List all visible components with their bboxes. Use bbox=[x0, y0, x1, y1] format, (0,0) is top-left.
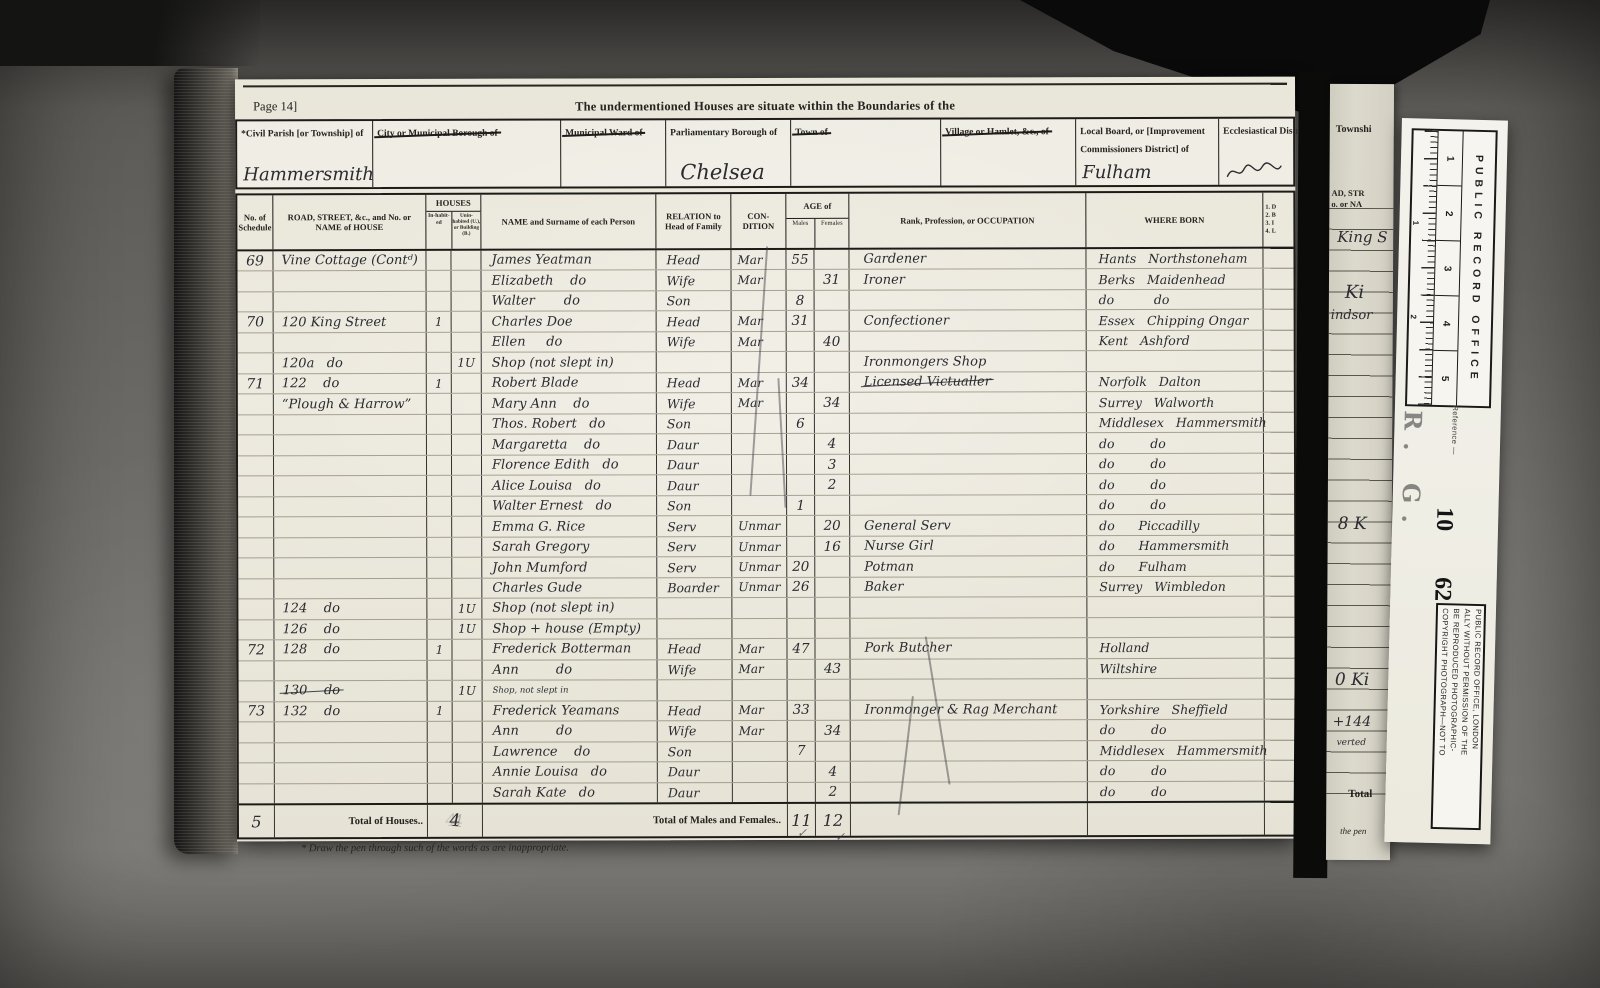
cell-sched bbox=[238, 559, 274, 579]
cell-sched bbox=[238, 436, 274, 456]
parish-label: Town of bbox=[795, 128, 828, 139]
cell-age_m bbox=[787, 434, 815, 454]
cell-text: do Piccadilly bbox=[1099, 517, 1199, 532]
cell-relation: Daur bbox=[657, 475, 732, 495]
cell-born bbox=[1088, 679, 1265, 699]
cell-sched bbox=[238, 292, 274, 312]
cell-uninh bbox=[453, 722, 483, 742]
cell-uninh bbox=[452, 558, 482, 578]
cell-born: do do bbox=[1088, 720, 1265, 740]
cell-relation: Son bbox=[658, 742, 733, 762]
cell-uninh bbox=[452, 435, 482, 455]
ruler-cm-cell: 5 bbox=[1432, 351, 1457, 406]
cell-text: 1 bbox=[436, 704, 444, 718]
cell-inh bbox=[427, 517, 452, 537]
cell-text: 120a do bbox=[282, 356, 343, 371]
cell-text: Emma G. Rice bbox=[492, 519, 585, 534]
cell-uninh: 1U bbox=[453, 681, 483, 701]
cell-road bbox=[275, 722, 428, 742]
cell-road: 124 do bbox=[274, 599, 427, 619]
cell-text: Daur bbox=[667, 437, 699, 452]
table-row: Ann doWifeMar43Wiltshire bbox=[239, 658, 1295, 681]
cell-age_f bbox=[815, 598, 850, 618]
cell-road: 128 do bbox=[274, 640, 427, 660]
cell-inh: 1 bbox=[428, 701, 453, 721]
header-age-label: AGE of bbox=[786, 194, 848, 219]
cell-cond: Mar bbox=[732, 373, 787, 393]
cell-text: Sarah Gregory bbox=[492, 539, 589, 554]
cell-occ: Ironer bbox=[850, 270, 1087, 290]
cell-uninh bbox=[451, 251, 481, 271]
cell-born: do do bbox=[1087, 433, 1264, 453]
cell-inh bbox=[427, 538, 452, 558]
ruler-cm-number: 3 bbox=[1442, 265, 1453, 271]
cell-cond bbox=[732, 496, 787, 516]
cell-text: Head bbox=[667, 375, 701, 390]
ruler-cm-number: 4 bbox=[1440, 320, 1451, 326]
parish-value: Chelsea bbox=[680, 160, 765, 184]
cell-road: 130 do bbox=[275, 681, 428, 701]
cell-age_m: 20 bbox=[787, 557, 815, 577]
header-relation-label: RELATION to Head of Family bbox=[658, 211, 728, 231]
cell-name: Walter Ernest do bbox=[482, 496, 657, 516]
parish-label: Parliamentary Borough of bbox=[670, 128, 777, 138]
cell-text: Norfolk Dalton bbox=[1099, 374, 1201, 389]
cell-text: Shop (not slept in) bbox=[492, 355, 614, 370]
cell-name: Walter do bbox=[482, 291, 657, 311]
ruler-cm-number: 2 bbox=[1443, 210, 1454, 216]
cell-sched: 70 bbox=[238, 313, 274, 333]
cell-text: Alice Louisa do bbox=[492, 478, 601, 493]
cell-born: Holland bbox=[1087, 638, 1264, 658]
screenshot-stage: Page 14] The undermentioned Houses are s… bbox=[0, 0, 1600, 988]
cell-relation: Head bbox=[656, 250, 731, 270]
cell-sched bbox=[239, 743, 275, 763]
cell-inf bbox=[1265, 740, 1295, 760]
cell-name: Robert Blade bbox=[482, 373, 657, 393]
cell-uninh bbox=[452, 578, 482, 598]
cell-relation: Boarder bbox=[657, 578, 732, 598]
cell-occ: Baker bbox=[850, 577, 1087, 597]
cell-text: Ellen do bbox=[492, 335, 563, 350]
cell-age_m: 55 bbox=[786, 250, 814, 270]
cell-uninh: 1U bbox=[452, 619, 482, 639]
cell-text: Frederick Botterman bbox=[492, 642, 631, 657]
table-row: 71122 do1Robert BladeHeadMar34Licensed V… bbox=[238, 372, 1294, 395]
total-houses-label: Total of Houses.. bbox=[275, 805, 428, 837]
cell-sched bbox=[238, 497, 274, 517]
cell-occ bbox=[850, 393, 1087, 413]
cell-inh bbox=[427, 599, 452, 619]
cell-road bbox=[274, 435, 427, 455]
adjacent-page-fragment: 0 Ki bbox=[1335, 670, 1369, 690]
header-occupation-label: Rank, Profession, or OCCUPATION bbox=[900, 215, 1034, 225]
cell-text: do do bbox=[1099, 436, 1166, 451]
cell-text: Kent Ashford bbox=[1099, 333, 1190, 348]
header-schedule: No. of Schedule bbox=[237, 195, 273, 249]
cell-uninh bbox=[452, 456, 482, 476]
cell-age_f: 4 bbox=[815, 434, 850, 454]
cell-age_m: 7 bbox=[788, 741, 816, 761]
cell-uninh: 1U bbox=[452, 599, 482, 619]
cell-uninh bbox=[452, 312, 482, 332]
cell-relation: Wife bbox=[658, 660, 733, 680]
cell-occ bbox=[851, 741, 1088, 761]
cell-text: 1 bbox=[435, 376, 443, 390]
cell-born: Wiltshire bbox=[1088, 658, 1265, 678]
cell-text: Head bbox=[668, 703, 702, 718]
cell-relation: Daur bbox=[658, 783, 733, 803]
check-mark: ✓ bbox=[835, 830, 845, 844]
cell-text: Shop, not slept in bbox=[493, 685, 569, 695]
infirmity-line: 4. L bbox=[1265, 228, 1276, 236]
cell-text: Essex Chipping Ongar bbox=[1099, 312, 1249, 327]
header-age-sub: Males Females bbox=[786, 219, 848, 248]
cell-inh bbox=[427, 456, 452, 476]
table-row: 130 do1UShop, not slept in bbox=[239, 679, 1295, 702]
cell-name: Alice Louisa do bbox=[482, 476, 657, 496]
cell-inf bbox=[1264, 474, 1294, 494]
cell-road bbox=[274, 579, 427, 599]
cell-text: Mar bbox=[739, 662, 764, 676]
cell-text: 33 bbox=[793, 702, 810, 718]
ruler-inch-number: 1 bbox=[1411, 221, 1420, 226]
cell-cond: Mar bbox=[733, 660, 788, 680]
parish-box-0: *Civil Parish [or Township] ofHammersmit… bbox=[237, 121, 373, 187]
cell-age_m: 26 bbox=[787, 578, 815, 598]
cell-text: Ironmonger & Rag Merchant bbox=[865, 702, 1058, 718]
cell-occ: Licensed Victualler bbox=[850, 372, 1087, 392]
cell-age_m bbox=[788, 660, 816, 680]
header-uninhabited-label: Unin-habited (U.), or Building (B.) bbox=[452, 212, 480, 249]
cell-uninh bbox=[452, 517, 482, 537]
cell-born: Middlesex Hammersmith bbox=[1087, 413, 1264, 433]
cell-age_m: 34 bbox=[787, 373, 815, 393]
cell-age_m bbox=[787, 619, 815, 639]
cell-sched bbox=[238, 333, 274, 353]
cell-road bbox=[274, 538, 427, 558]
cell-uninh bbox=[452, 640, 482, 660]
cell-name: Lawrence do bbox=[483, 742, 658, 762]
cell-age_f: 20 bbox=[815, 516, 850, 536]
cell-text: Head bbox=[667, 642, 701, 657]
cell-cond: Unmar bbox=[732, 516, 787, 536]
header-houses-group: HOUSES In-habit-ed Unin-habited (U.), or… bbox=[426, 195, 481, 249]
cell-text: 1 bbox=[436, 643, 444, 657]
cell-sched bbox=[239, 722, 275, 742]
cell-born: Surrey Walworth bbox=[1087, 392, 1264, 412]
ruler-cm-number: 5 bbox=[1439, 375, 1450, 381]
table-row: Elizabeth doWifeMar31IronerBerks Maidenh… bbox=[238, 269, 1294, 292]
cell-text: 20 bbox=[792, 559, 809, 575]
cell-age_m: 8 bbox=[787, 291, 815, 311]
piece-number: 62 bbox=[1428, 577, 1456, 602]
cell-text: Licensed Victualler bbox=[864, 375, 991, 390]
cell-text: 70 bbox=[246, 315, 264, 331]
parish-label: Village or Hamlet, &c., of bbox=[945, 127, 1049, 139]
cell-inf bbox=[1264, 269, 1294, 289]
cell-road bbox=[274, 292, 427, 312]
adjacent-page-fragment: o. or NA bbox=[1331, 199, 1362, 209]
cell-text: do do bbox=[1100, 784, 1167, 799]
cell-inf bbox=[1264, 617, 1294, 637]
cell-text: 2 bbox=[829, 784, 838, 800]
cell-sched bbox=[238, 456, 274, 476]
adjacent-page-fragment: Total bbox=[1348, 788, 1372, 800]
cell-road bbox=[275, 783, 428, 803]
cell-inf bbox=[1264, 515, 1294, 535]
cell-relation: Wife bbox=[658, 721, 733, 741]
cell-age_m bbox=[787, 537, 815, 557]
cell-relation: Serv bbox=[657, 537, 732, 557]
cell-inh bbox=[427, 497, 452, 517]
cell-uninh bbox=[452, 476, 482, 496]
cell-text: Middlesex Hammersmith bbox=[1099, 415, 1267, 430]
cell-text: 8 bbox=[796, 293, 805, 309]
header-houses-sub: In-habit-ed Unin-habited (U.), or Buildi… bbox=[426, 212, 480, 249]
cell-born: Middlesex Hammersmith bbox=[1088, 740, 1265, 760]
cell-age_f bbox=[815, 639, 850, 659]
cell-text: Mar bbox=[737, 253, 762, 267]
parish-box-2: Municipal Ward of bbox=[561, 120, 666, 186]
ruler-cm-number: 1 bbox=[1444, 155, 1455, 161]
cell-text: Son bbox=[668, 744, 692, 759]
cell-relation: Son bbox=[657, 414, 732, 434]
adjacent-page-fragment: Townshi bbox=[1336, 124, 1372, 135]
cell-text: Daur bbox=[668, 765, 700, 780]
cell-cond bbox=[732, 414, 787, 434]
cell-inh bbox=[427, 394, 452, 414]
cell-occ: Gardener bbox=[849, 249, 1086, 269]
cell-text: John Mumford bbox=[492, 560, 587, 575]
cell-name: Elizabeth do bbox=[482, 271, 657, 291]
cell-age_f: 4 bbox=[816, 762, 851, 782]
cell-age_f bbox=[815, 496, 850, 516]
cell-cond: Unmar bbox=[732, 578, 787, 598]
cell-age_m bbox=[788, 721, 816, 741]
cell-text: Walter do bbox=[492, 294, 580, 309]
ruler-cm-cell: 2 bbox=[1436, 186, 1461, 242]
cell-text: Shop (not slept in) bbox=[492, 601, 614, 616]
cell-cond: Mar bbox=[733, 721, 788, 741]
cell-inh bbox=[427, 435, 452, 455]
cell-relation: Daur bbox=[658, 762, 733, 782]
cell-born: do Hammersmith bbox=[1087, 535, 1264, 555]
parish-value: Hammersmith bbox=[243, 164, 373, 185]
cell-text: Serv bbox=[667, 519, 696, 534]
cell-inf bbox=[1264, 351, 1294, 371]
cell-text: Wife bbox=[667, 334, 696, 349]
cell-inf bbox=[1264, 372, 1294, 392]
cell-name: Shop, not slept in bbox=[483, 680, 658, 700]
cell-text: Mar bbox=[738, 335, 763, 349]
cell-age_f bbox=[816, 700, 851, 720]
table-row: Alice Louisa doDaur2do do bbox=[238, 474, 1294, 497]
cell-uninh bbox=[453, 701, 483, 721]
cell-age_m: 47 bbox=[787, 639, 815, 659]
cell-text: Nurse Girl bbox=[864, 539, 933, 554]
table-row: Charles GudeBoarderUnmar26BakerSurrey Wi… bbox=[238, 576, 1294, 599]
cell-inh: 1 bbox=[427, 640, 452, 660]
cell-text: 4 bbox=[829, 764, 838, 780]
cell-text: 47 bbox=[792, 641, 809, 657]
cell-text: Ironmongers Shop bbox=[864, 354, 987, 369]
cell-sched bbox=[238, 415, 274, 435]
cell-born: Essex Chipping Ongar bbox=[1087, 310, 1264, 330]
cell-cond bbox=[733, 762, 788, 782]
cell-age_m: 1 bbox=[787, 496, 815, 516]
cell-sched bbox=[239, 763, 275, 783]
cell-cond bbox=[732, 352, 787, 372]
cell-born bbox=[1087, 597, 1264, 617]
cell-occ bbox=[851, 761, 1088, 781]
cell-cond: Mar bbox=[731, 250, 786, 270]
cell-text: Hants Northstoneham bbox=[1098, 251, 1247, 266]
parish-label: City or Municipal Borough of bbox=[377, 129, 498, 141]
cell-inh bbox=[428, 742, 453, 762]
cell-age_f bbox=[816, 741, 851, 761]
cell-age_m: 31 bbox=[787, 311, 815, 331]
cell-text: Holland bbox=[1099, 640, 1149, 655]
cell-text: 34 bbox=[792, 375, 809, 391]
cell-born: Kent Ashford bbox=[1087, 331, 1264, 351]
cell-occ bbox=[850, 331, 1087, 351]
parish-box-7: Ecclesiastical District of bbox=[1219, 119, 1297, 185]
cell-text: do do bbox=[1099, 477, 1166, 492]
cell-born: Surrey Wimbledon bbox=[1087, 576, 1264, 596]
cell-inh bbox=[428, 722, 453, 742]
cell-road: 120 King Street bbox=[274, 312, 427, 332]
header-age-group: AGE of Males Females bbox=[786, 194, 849, 248]
cell-age_m: 6 bbox=[787, 414, 815, 434]
cell-age_f: 34 bbox=[815, 393, 850, 413]
table-row: Emma G. RiceServUnmar20General Servdo Pi… bbox=[238, 515, 1294, 538]
cell-born bbox=[1087, 617, 1264, 637]
cell-relation: Head bbox=[657, 373, 732, 393]
cell-occ bbox=[850, 474, 1087, 494]
page-title: The undermentioned Houses are situate wi… bbox=[243, 98, 1287, 116]
cell-age_m bbox=[787, 352, 815, 372]
cell-cond: Mar bbox=[732, 639, 787, 659]
cell-inf bbox=[1264, 453, 1294, 473]
cell-inf bbox=[1264, 331, 1294, 351]
cell-born: Norfolk Dalton bbox=[1087, 372, 1264, 392]
cell-text: do Fulham bbox=[1099, 558, 1186, 573]
cell-text: Head bbox=[666, 252, 700, 267]
cell-text: 128 do bbox=[282, 643, 340, 658]
parish-label: Ecclesiastical District of bbox=[1223, 127, 1297, 137]
header-name: NAME and Surname of each Person bbox=[481, 194, 656, 248]
total-empty-occupation bbox=[851, 803, 1088, 836]
cell-relation: Wife bbox=[657, 332, 732, 352]
census-page: Page 14] The undermentioned Houses are s… bbox=[235, 77, 1297, 842]
total-empty-infirmity bbox=[1265, 803, 1295, 835]
cell-born: do do bbox=[1087, 474, 1264, 494]
cell-name: James Yeatman bbox=[481, 250, 656, 270]
cell-sched: 69 bbox=[237, 251, 273, 271]
total-houses-value: 4 bbox=[428, 805, 483, 837]
cell-inh bbox=[427, 271, 452, 291]
cell-uninh bbox=[453, 783, 483, 803]
total-empty-born bbox=[1088, 803, 1265, 835]
cell-age_m bbox=[787, 475, 815, 495]
cell-text: Confectioner bbox=[864, 313, 949, 328]
cell-name: Florence Edith do bbox=[482, 455, 657, 475]
cell-sched: 73 bbox=[239, 702, 275, 722]
cell-name: Ellen do bbox=[482, 332, 657, 352]
cell-road: 122 do bbox=[274, 374, 427, 394]
table-row: 124 do1UShop (not slept in) bbox=[238, 597, 1294, 620]
cell-uninh bbox=[453, 763, 483, 783]
cell-text: 4 bbox=[828, 436, 837, 452]
cell-age_f: 2 bbox=[815, 475, 850, 495]
cell-road bbox=[274, 456, 427, 476]
cell-age_f bbox=[815, 414, 850, 434]
cell-text: do do bbox=[1100, 722, 1167, 737]
cell-text: Wife bbox=[667, 396, 696, 411]
cell-inh bbox=[427, 415, 452, 435]
cell-name: Ann do bbox=[483, 660, 658, 680]
cell-inh bbox=[427, 558, 452, 578]
cell-age_f bbox=[815, 578, 850, 598]
adjacent-page-fragment: verted bbox=[1337, 738, 1366, 748]
cell-road bbox=[275, 743, 428, 763]
cell-age_m bbox=[787, 332, 815, 352]
cell-inh bbox=[426, 251, 451, 271]
cell-text: Mar bbox=[738, 376, 763, 390]
cell-age_m: 33 bbox=[788, 701, 816, 721]
cell-text: Boarder bbox=[667, 580, 719, 595]
cell-road: 132 do bbox=[275, 702, 428, 722]
table-row: Annie Louisa doDaur4do do bbox=[239, 761, 1295, 784]
cell-age_f bbox=[815, 352, 850, 372]
parish-label: Municipal Ward of bbox=[565, 128, 642, 140]
parish-box-3: Parliamentary Borough ofChelsea bbox=[666, 120, 791, 186]
ruler-inch-number: 2 bbox=[1409, 315, 1418, 320]
cell-occ: Potman bbox=[850, 556, 1087, 576]
cell-born: do do bbox=[1087, 290, 1264, 310]
cell-text: 34 bbox=[823, 395, 840, 411]
cell-road: 120a do bbox=[274, 353, 427, 373]
cell-text: 122 do bbox=[282, 376, 340, 391]
adjacent-page-fragment: indsor bbox=[1331, 308, 1373, 323]
table-row: 70120 King Street1Charles DoeHeadMar31Co… bbox=[238, 310, 1294, 333]
cell-text: Vine Cottage (Contᵈ) bbox=[281, 253, 417, 268]
cell-text: 1 bbox=[435, 315, 443, 329]
cell-text: Baker bbox=[864, 580, 903, 595]
cell-occ: Confectioner bbox=[850, 311, 1087, 331]
cell-cond bbox=[732, 434, 787, 454]
cell-text: Mar bbox=[739, 724, 764, 738]
cell-text: Lawrence do bbox=[493, 744, 590, 759]
table-row: Margaretta doDaur4do do bbox=[238, 433, 1294, 456]
cell-cond bbox=[732, 291, 787, 311]
cell-age_f: 16 bbox=[815, 537, 850, 557]
adjacent-page-fragment: 8 K bbox=[1338, 514, 1367, 534]
cell-inf bbox=[1264, 597, 1294, 617]
adjacent-page-fragment: King S bbox=[1337, 228, 1387, 246]
total-males-females-label: Total of Males and Females.. bbox=[483, 804, 788, 837]
cell-inf bbox=[1264, 433, 1294, 453]
parish-box-4: Town of bbox=[791, 120, 941, 186]
copyright-box: COPYRIGHT PHOTOGRAPH—NOT TOBE REPRODUCED… bbox=[1431, 603, 1487, 830]
adjacent-page-edge: TownshiAD, STRo. or NAKing SKiindsor8 K0… bbox=[1326, 84, 1394, 860]
book-page-edges bbox=[174, 68, 238, 854]
cell-text: Charles Doe bbox=[492, 314, 573, 329]
cell-relation: Head bbox=[657, 639, 732, 659]
cell-text: Unmar bbox=[738, 519, 780, 533]
cell-occ: Nurse Girl bbox=[850, 536, 1087, 556]
